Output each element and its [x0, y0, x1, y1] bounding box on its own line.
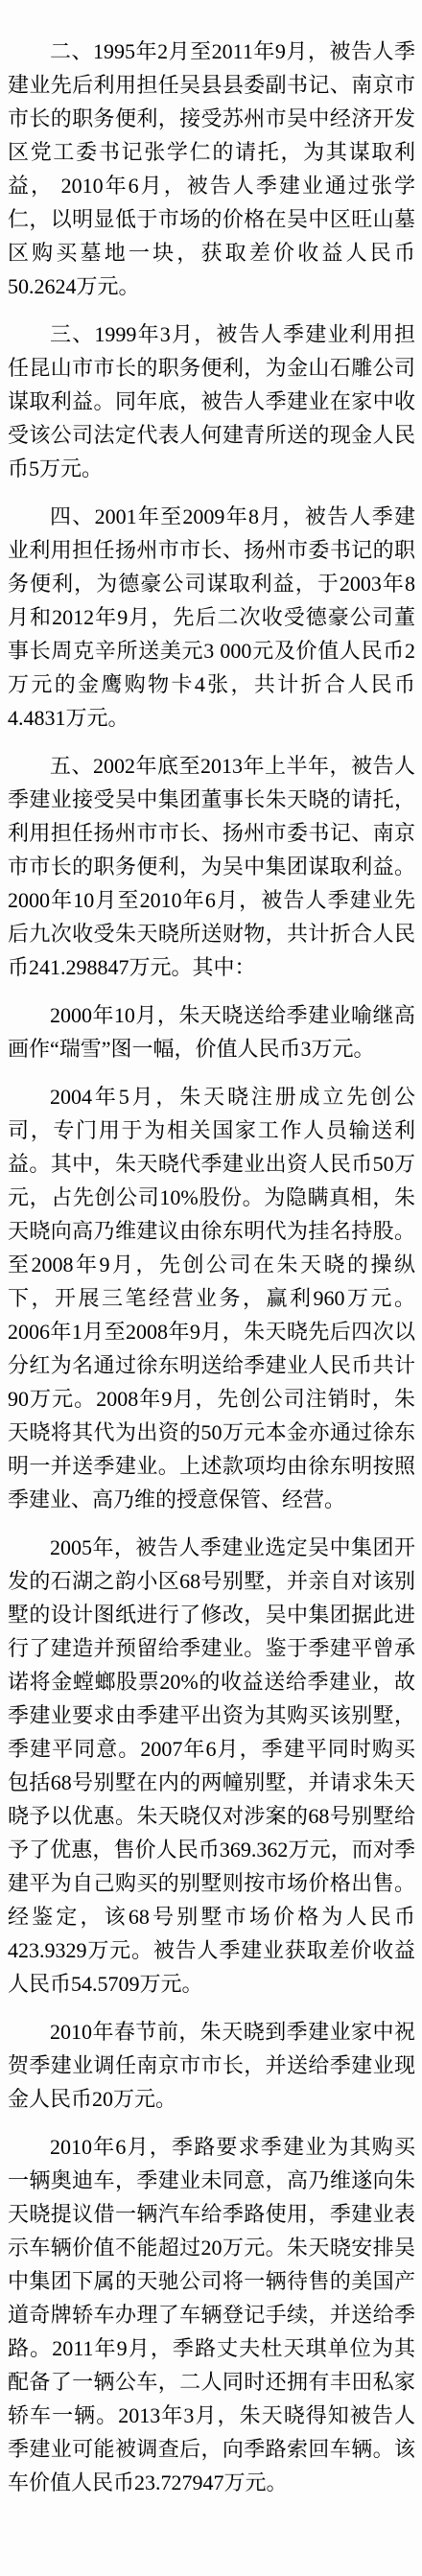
- paragraph-subitem-cash-gift: 2010年春节前，朱天晓到季建业家中祝贺季建业调任南京市市长，并送给季建业现金人…: [8, 2015, 415, 2116]
- paragraph-subitem-company-share: 2004年5月，朱天晓注册成立先创公司，专门用于为相关国家工作人员输送利益。其中…: [8, 1080, 415, 1516]
- document-page: 二、1995年2月至2011年9月，被告人季建业先后利用担任吴县县委副书记、南京…: [0, 0, 422, 2576]
- paragraph-item-5: 五、2002年底至2013年上半年，被告人季建业接受吴中集团董事长朱天晓的请托，…: [8, 749, 415, 984]
- paragraph-item-2: 二、1995年2月至2011年9月，被告人季建业先后利用担任吴县县委副书记、南京…: [8, 35, 415, 303]
- paragraph-item-3: 三、1999年3月，被告人季建业利用担任昆山市市长的职务便利，为金山石雕公司谋取…: [8, 317, 415, 485]
- paragraph-subitem-painting: 2000年10月，朱天晓送给季建业喻继高画作“瑞雪”图一幅，价值人民币3万元。: [8, 998, 415, 1066]
- paragraph-subitem-villa: 2005年，被告人季建业选定吴中集团开发的石湖之韵小区68号别墅，并亲自对该别墅…: [8, 1531, 415, 2001]
- paragraph-item-4: 四、2001年至2009年8月，被告人季建业利用担任扬州市市长、扬州市委书记的职…: [8, 500, 415, 735]
- paragraph-subitem-car: 2010年6月，季路要求季建业为其购买一辆奥迪车，季建业未同意，高乃维遂向朱天晓…: [8, 2130, 415, 2499]
